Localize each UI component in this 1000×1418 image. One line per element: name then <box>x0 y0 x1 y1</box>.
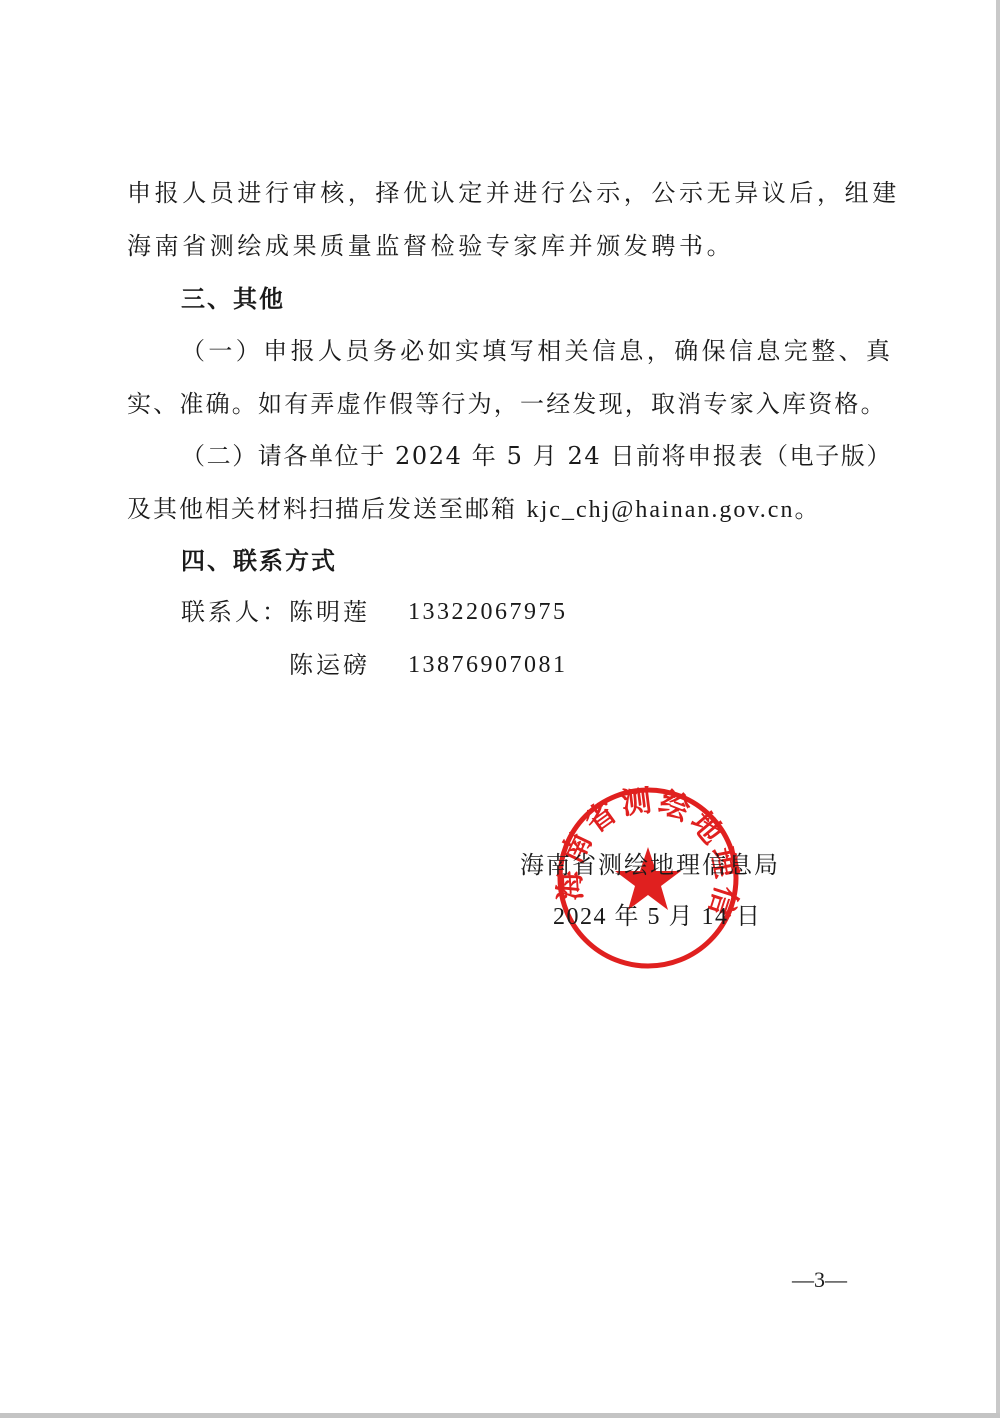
paragraph-line: 海南省测绘成果质量监督检验专家库并颁发聘书。 <box>127 231 734 261</box>
paragraph-text: 。 <box>794 495 820 523</box>
section-heading-contact: 四、联系方式 <box>181 546 337 576</box>
section-heading-other: 三、其他 <box>181 284 285 314</box>
document-page: 申报人员进行审核，择优认定并进行公示，公示无异议后，组建 海南省测绘成果质量监督… <box>0 0 996 1413</box>
paragraph-text: 及其他相关材料扫描后发送至邮箱 <box>127 495 527 523</box>
page-edge-right <box>996 0 1000 1418</box>
contact-phone: 13322067975 <box>408 597 568 627</box>
paragraph-line: 实、准确。如有弄虚作假等行为，一经发现，取消专家入库资格。 <box>127 389 887 419</box>
email-link[interactable]: kjc_chj@hainan.gov.cn <box>527 497 795 523</box>
paragraph-line: （二）请各单位于 2024 年 5 月 24 日前将申报表（电子版） <box>181 441 892 471</box>
contact-label: 联系人： <box>181 597 289 627</box>
contact-phone: 13876907081 <box>408 650 568 680</box>
signature-organization: 海南省测绘地理信息局 <box>520 850 780 880</box>
page-number: —3— <box>792 1266 847 1294</box>
paragraph-line: 及其他相关材料扫描后发送至邮箱 kjc_chj@hainan.gov.cn。 <box>127 494 820 525</box>
page-edge-bottom <box>0 1413 1000 1418</box>
contact-name: 陈明莲 <box>289 597 370 627</box>
paragraph-line: 申报人员进行审核，择优认定并进行公示，公示无异议后，组建 <box>127 178 900 208</box>
signature-date: 2024 年 5 月 14 日 <box>553 902 762 932</box>
paragraph-line: （一）申报人员务必如实填写相关信息，确保信息完整、真 <box>181 336 893 366</box>
contact-name: 陈运磅 <box>289 650 370 680</box>
